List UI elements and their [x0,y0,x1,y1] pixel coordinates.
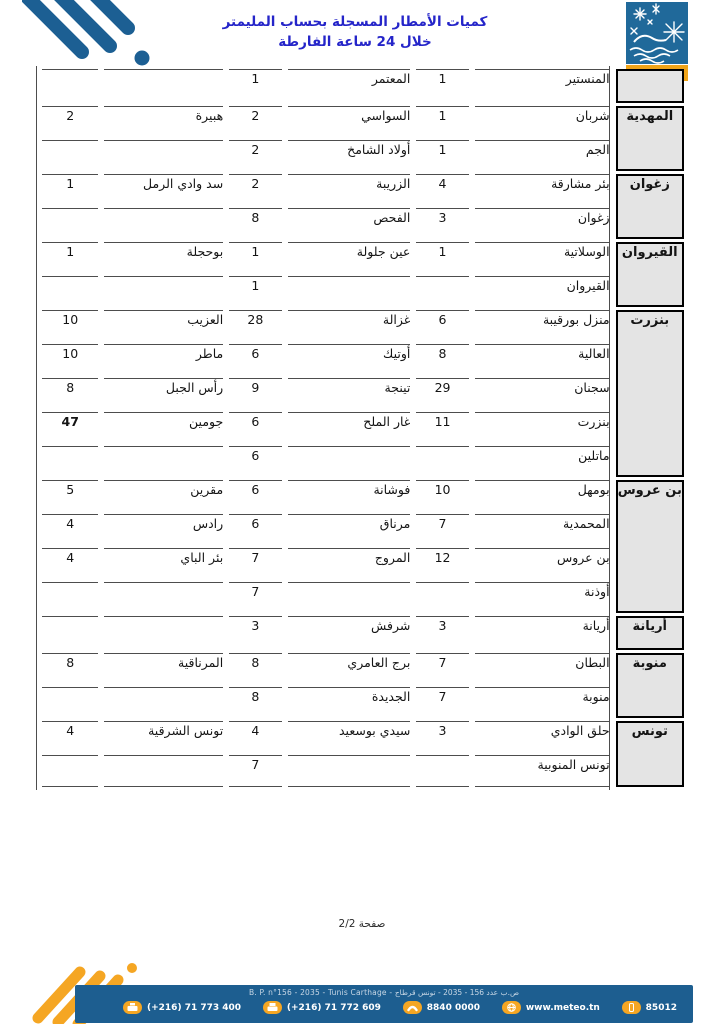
station-name-cell [104,687,223,718]
rain-value-cell: 8 [42,378,98,409]
table-row: منوبة7الجديدة8 [42,687,684,718]
station-name-cell: سيدي بوسعيد [288,721,411,752]
table-row: الجم1أولاد الشامخ2 [42,140,684,171]
rain-value-cell: 3 [416,721,468,752]
rain-value-cell: 7 [229,755,281,787]
station-name-cell [288,446,411,477]
station-name-cell: الجم [475,140,610,171]
rain-value-cell: 8 [229,687,281,718]
globe-icon [502,1001,521,1014]
snowflake-icon [664,22,684,42]
rain-value-cell [416,276,468,307]
footer-contact-item: 85012 [622,1001,677,1014]
table-row: زغوان3الفحص8 [42,208,684,239]
station-name-cell [104,582,223,613]
title-line1: كميات الأمطار المسجلة بحساب المليمتر [160,13,550,33]
footer-contact-item: (+216) 71 773 400 [123,1001,241,1014]
table-row: المهديةشربان1السواسي2هبيرة2 [42,106,684,137]
table-row: بنزرت11غار الملح6جومين47 [42,412,684,443]
governorate-cell [616,69,684,103]
rain-value-cell: 1 [42,242,98,273]
page-number: صفحة 2/2 [0,918,724,930]
rain-value-cell [42,687,98,718]
station-name-cell [104,140,223,171]
governorate-cell: أريانة [616,616,684,650]
station-name-cell: بوحجلة [104,242,223,273]
table-row: أريانةأريانة3شرفش3 [42,616,684,650]
rain-value-cell: 8 [42,653,98,684]
rain-value-cell: 1 [416,242,468,273]
station-name-cell: أوذنة [475,582,610,613]
fax-icon [123,1001,142,1014]
station-name-cell [288,582,411,613]
station-name-cell: العالية [475,344,610,375]
governorate-cell: زغوان [616,174,684,239]
rain-table-body: المنستير1المعتمر1المهديةشربان1السواسي2هب… [42,69,684,787]
rain-value-cell: 3 [416,616,468,650]
station-name-cell: بومهل [475,480,610,511]
table-row: القيروان1 [42,276,684,307]
footer-contact-label: (+216) 71 772 609 [287,1003,381,1013]
rain-value-cell: 6 [229,446,281,477]
station-name-cell: برج العامري [288,653,411,684]
table-row: المنستير1المعتمر1 [42,69,684,103]
rain-value-cell: 3 [416,208,468,239]
station-name-cell: ماتلين [475,446,610,477]
station-name-cell: شربان [475,106,610,137]
rain-value-cell: 8 [229,653,281,684]
footer-contact-label: (+216) 71 773 400 [147,1003,241,1013]
inm-blue-stripes-logo [22,0,162,76]
table-row: أوذنة7 [42,582,684,613]
station-name-cell: أوتيك [288,344,411,375]
footer-contact-label: 85012 [646,1003,677,1013]
rain-value-cell [42,755,98,787]
station-name-cell: البطان [475,653,610,684]
rain-value-cell [42,208,98,239]
station-name-cell: مقرين [104,480,223,511]
footer-address: B. P. n°156 - 2035 - Tunis Carthage - ص.… [75,985,693,997]
station-name-cell: تونس الشرقية [104,721,223,752]
page-title: كميات الأمطار المسجلة بحساب المليمتر خلا… [160,13,550,52]
station-name-cell: غزالة [288,310,411,341]
table-row: العالية8أوتيك6ماطر10 [42,344,684,375]
rain-value-cell: 12 [416,548,468,579]
station-name-cell: رادس [104,514,223,545]
rain-value-cell: 5 [42,480,98,511]
governorate-cell: بنزرت [616,310,684,477]
rain-value-cell: 7 [416,653,468,684]
rain-value-cell: 1 [416,69,468,103]
station-name-cell: جومين [104,412,223,443]
rain-value-cell: 3 [229,616,281,650]
rain-value-cell: 7 [416,514,468,545]
station-name-cell: بنزرت [475,412,610,443]
rain-value-cell [42,69,98,103]
governorate-cell: المهدية [616,106,684,171]
rain-value-cell: 10 [416,480,468,511]
station-name-cell: السواسي [288,106,411,137]
mobile-icon [622,1001,641,1014]
table-row: ماتلين6 [42,446,684,477]
table-row: القيروانالوسلاتية1عين جلولة1بوحجلة1 [42,242,684,273]
rain-value-cell: 8 [229,208,281,239]
rain-value-cell: 1 [42,174,98,205]
table-left-border [36,66,37,790]
rain-value-cell: 4 [42,721,98,752]
rain-value-cell: 9 [229,378,281,409]
rain-value-cell [42,276,98,307]
rain-value-cell: 4 [42,514,98,545]
station-name-cell: هبيرة [104,106,223,137]
rain-value-cell: 7 [229,548,281,579]
rain-value-cell: 29 [416,378,468,409]
table-row: منوبةالبطان7برج العامري8المرناقية8 [42,653,684,684]
station-name-cell: المنستير [475,69,610,103]
station-name-cell: الوسلاتية [475,242,610,273]
station-name-cell: مرناق [288,514,411,545]
footer-contact-label: 8840 0000 [427,1003,480,1013]
station-name-cell: منزل بورقيبة [475,310,610,341]
rain-value-cell: 6 [229,480,281,511]
station-name-cell: تينجة [288,378,411,409]
station-name-cell [104,755,223,787]
station-name-cell: الجديدة [288,687,411,718]
rain-value-cell: 11 [416,412,468,443]
station-name-cell: القيروان [475,276,610,307]
station-name-cell: العزيب [104,310,223,341]
governorate-cell: منوبة [616,653,684,718]
rain-value-cell: 1 [229,242,281,273]
rain-value-cell: 1 [229,69,281,103]
rain-value-cell: 6 [229,412,281,443]
table-row: تونسحلق الوادي3سيدي بوسعيد4تونس الشرقية4 [42,721,684,752]
rain-value-cell: 10 [42,344,98,375]
rain-value-cell [416,582,468,613]
footer-contact-item: 8840 0000 [403,1001,480,1014]
station-name-cell: رأس الجبل [104,378,223,409]
table-row: بنزرتمنزل بورقيبة6غزالة28العزيب10 [42,310,684,341]
rain-value-cell: 10 [42,310,98,341]
phone-icon [403,1001,422,1014]
rain-value-cell [42,616,98,650]
rain-value-cell: 4 [229,721,281,752]
table-row: المحمدية7مرناق6رادس4 [42,514,684,545]
station-name-cell [104,616,223,650]
footer-bar: B. P. n°156 - 2035 - Tunis Carthage - ص.… [75,985,693,1023]
rain-value-cell: 6 [229,514,281,545]
rain-value-cell: 4 [42,548,98,579]
title-line2: خلال 24 ساعة الفارطة [160,33,550,53]
rain-value-cell [42,446,98,477]
table-row: بن عروسبومهل10فوشانة6مقرين5 [42,480,684,511]
station-name-cell: منوبة [475,687,610,718]
governorate-cell: بن عروس [616,480,684,613]
rain-value-cell: 2 [229,140,281,171]
table-row: بن عروس12المروج7بئر الباي4 [42,548,684,579]
station-name-cell: المحمدية [475,514,610,545]
station-name-cell: المرناقية [104,653,223,684]
rain-value-cell: 1 [229,276,281,307]
station-name-cell: سد وادي الرمل [104,174,223,205]
station-name-cell: زغوان [475,208,610,239]
station-name-cell: ماطر [104,344,223,375]
report-page: كميات الأمطار المسجلة بحساب المليمتر خلا… [0,0,724,1024]
station-name-cell [288,276,411,307]
station-name-cell [104,446,223,477]
station-name-cell: أريانة [475,616,610,650]
station-name-cell: غار الملح [288,412,411,443]
station-name-cell: عين جلولة [288,242,411,273]
station-name-cell [288,755,411,787]
rain-value-cell: 4 [416,174,468,205]
governorate-cell: تونس [616,721,684,787]
rain-value-cell: 6 [416,310,468,341]
rain-value-cell [416,755,468,787]
station-name-cell: تونس المنوبية [475,755,610,787]
footer-contact-label: www.meteo.tn [526,1003,600,1013]
station-name-cell: المعتمر [288,69,411,103]
station-name-cell: فوشانة [288,480,411,511]
station-name-cell: بن عروس [475,548,610,579]
rain-value-cell [416,446,468,477]
footer-contact-item: www.meteo.tn [502,1001,600,1014]
table-right-border [609,66,610,790]
rain-value-cell: 7 [416,687,468,718]
station-name-cell [104,69,223,103]
station-name-cell: شرفش [288,616,411,650]
rain-value-cell: 6 [229,344,281,375]
station-name-cell: الفحص [288,208,411,239]
rain-table: المنستير1المعتمر1المهديةشربان1السواسي2هب… [36,66,690,790]
rain-value-cell [42,140,98,171]
station-name-cell: الزريبة [288,174,411,205]
rain-value-cell: 2 [229,106,281,137]
station-name-cell: سجنان [475,378,610,409]
station-name-cell: المروج [288,548,411,579]
governorate-cell: القيروان [616,242,684,307]
table-row: زغوانبئر مشارقة4الزريبة2سد وادي الرمل1 [42,174,684,205]
table-row: سجنان29تينجة9رأس الجبل8 [42,378,684,409]
rain-value-cell: 1 [416,106,468,137]
rain-value-cell: 47 [42,412,98,443]
rain-value-cell: 28 [229,310,281,341]
rain-value-cell: 8 [416,344,468,375]
table-row: تونس المنوبية7 [42,755,684,787]
rain-value-cell: 7 [229,582,281,613]
rain-value-cell: 2 [42,106,98,137]
printer-icon [263,1001,282,1014]
station-name-cell [104,208,223,239]
station-name-cell: بئر الباي [104,548,223,579]
footer-contact-item: (+216) 71 772 609 [263,1001,381,1014]
footer-contact-items: (+216) 71 773 400(+216) 71 772 6098840 0… [75,997,693,1014]
rain-value-cell [42,582,98,613]
rain-value-cell: 1 [416,140,468,171]
station-name-cell: بئر مشارقة [475,174,610,205]
rainfall-table-wrap: المنستير1المعتمر1المهديةشربان1السواسي2هب… [36,66,690,790]
station-name-cell [104,276,223,307]
star-icon [634,8,646,20]
station-name-cell: حلق الوادي [475,721,610,752]
station-name-cell: أولاد الشامخ [288,140,411,171]
rain-value-cell: 2 [229,174,281,205]
